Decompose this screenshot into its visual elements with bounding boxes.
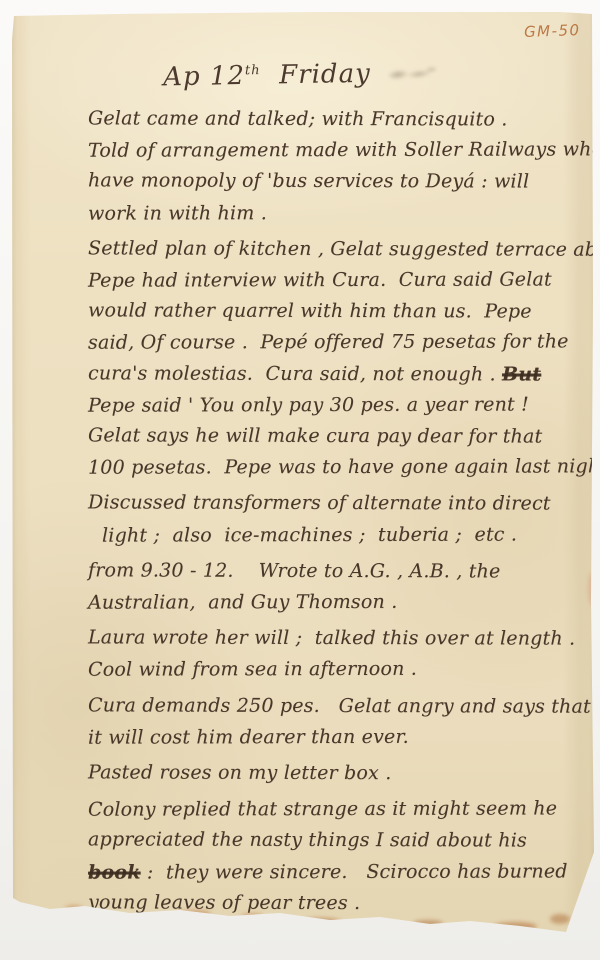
diary-text-segment: from 9.30 - 12. Wrote to A.G. , A.B. , t… [88,559,500,582]
diary-text-segment: work in with him . [88,202,267,224]
diary-text-segment: Pepe had interview with Cura. Cura said … [88,268,552,291]
entry-day: Friday [279,59,371,91]
diary-text-segment: young leaves of pear trees . [88,891,360,914]
diary-text-segment: Cool wind from sea in afternoon . [88,658,417,681]
diary-line: would rather quarrel with him than us. P… [88,296,590,329]
diary-line: Pasted roses on my letter box . [88,757,590,790]
diary-text-segment: Colony replied that strange as it might … [88,798,557,821]
archival-mark: GM-50 [524,21,581,41]
diary-text-segment: Discussed transformers of alternate into… [88,492,551,515]
diary-text-segment: Told of arrangement made with Soller Rai… [88,139,600,162]
entry-date: Ap 12 [163,61,245,92]
diary-line: Pepe had interview with Cura. Cura said … [88,264,590,297]
diary-text-segment: 100 pesetas. Pepe was to have gone again… [88,456,600,479]
struck-word: book [88,861,141,883]
diary-line: cura's molestias. Cura said, not enough … [88,358,590,391]
diary-text-segment: Pasted roses on my letter box . [88,761,392,784]
rust-stain [93,914,119,922]
diary-line: have monopoly of 'bus services to Deyá :… [88,166,590,199]
diary-text-segment: cura's molestias. Cura said, not enough … [88,362,502,385]
diary-line: Settled plan of kitchen , Gelat suggeste… [88,233,590,266]
diary-line: Cool wind from sea in afternoon . [88,654,590,687]
diary-line: Discussed transformers of alternate into… [88,488,590,521]
manuscript-scan: GM-50 Ap 12th Friday Gelat came and talk… [0,0,600,960]
diary-line: said, Of course . Pepé offered 75 peseta… [88,327,590,360]
diary-lines: Gelat came and talked; with Francisquito… [88,104,590,919]
diary-text-segment: have monopoly of 'bus services to Deyá :… [88,170,529,193]
diary-text-segment: light ; also ice-machines ; tuberia ; et… [102,523,517,546]
diary-text-segment: Australian, and Guy Thomson . [88,591,397,614]
diary-page-paper: GM-50 Ap 12th Friday Gelat came and talk… [5,12,595,934]
entry-date-ordinal: th [245,63,261,78]
diary-line: Told of arrangement made with Soller Rai… [88,135,590,168]
diary-text-segment: Laura wrote her will ; talked this over … [88,627,575,650]
diary-text-segment: would rather quarrel with him than us. P… [88,300,532,323]
diary-line: Gelat came and talked; with Francisquito… [88,103,590,136]
diary-text-segment: Cura demands 250 pes. Gelat angry and sa… [88,694,591,717]
diary-line: Colony replied that strange as it might … [88,794,590,827]
diary-line: it will cost him dearer than ever. [88,721,590,754]
diary-text-segment: Settled plan of kitchen , Gelat suggeste… [88,237,600,260]
diary-line: Gelat says he will make cura pay dear fo… [88,420,590,453]
diary-text-segment: appreciated the nasty things I said abou… [88,829,527,852]
entry-date-header: Ap 12th Friday [5,55,595,95]
rust-stain [413,920,443,927]
diary-text-segment: said, Of course . Pepé offered 75 peseta… [88,331,569,354]
diary-line: 100 pesetas. Pepe was to have gone again… [88,452,590,485]
rust-stain [493,922,537,931]
diary-line: young leaves of pear trees . [88,887,590,920]
struck-word: But [502,363,541,385]
diary-line: Cura demands 250 pes. Gelat angry and sa… [88,690,590,723]
diary-line: Laura wrote her will ; talked this over … [88,623,590,656]
diary-line: light ; also ice-machines ; tuberia ; et… [88,519,590,552]
diary-line: appreciated the nasty things I said abou… [88,825,590,858]
diary-line: book : they were sincere. Scirocco has b… [88,856,590,889]
diary-line: from 9.30 - 12. Wrote to A.G. , A.B. , t… [88,555,590,588]
erased-pencil-smudge [384,61,438,87]
diary-text-segment: Gelat says he will make cura pay dear fo… [88,424,542,447]
diary-line: work in with him . [88,197,590,230]
diary-text-segment: Pepe said ' You only pay 30 pes. a year … [88,393,529,416]
rust-stain [65,905,83,911]
diary-text-segment: it will cost him dearer than ever. [88,726,409,749]
diary-text-segment: Gelat came and talked; with Francisquito… [88,107,508,130]
diary-line: Pepe said ' You only pay 30 pes. a year … [88,389,590,422]
diary-line: Australian, and Guy Thomson . [88,586,590,619]
diary-text-segment: : they were sincere. Scirocco has burned [141,860,568,883]
